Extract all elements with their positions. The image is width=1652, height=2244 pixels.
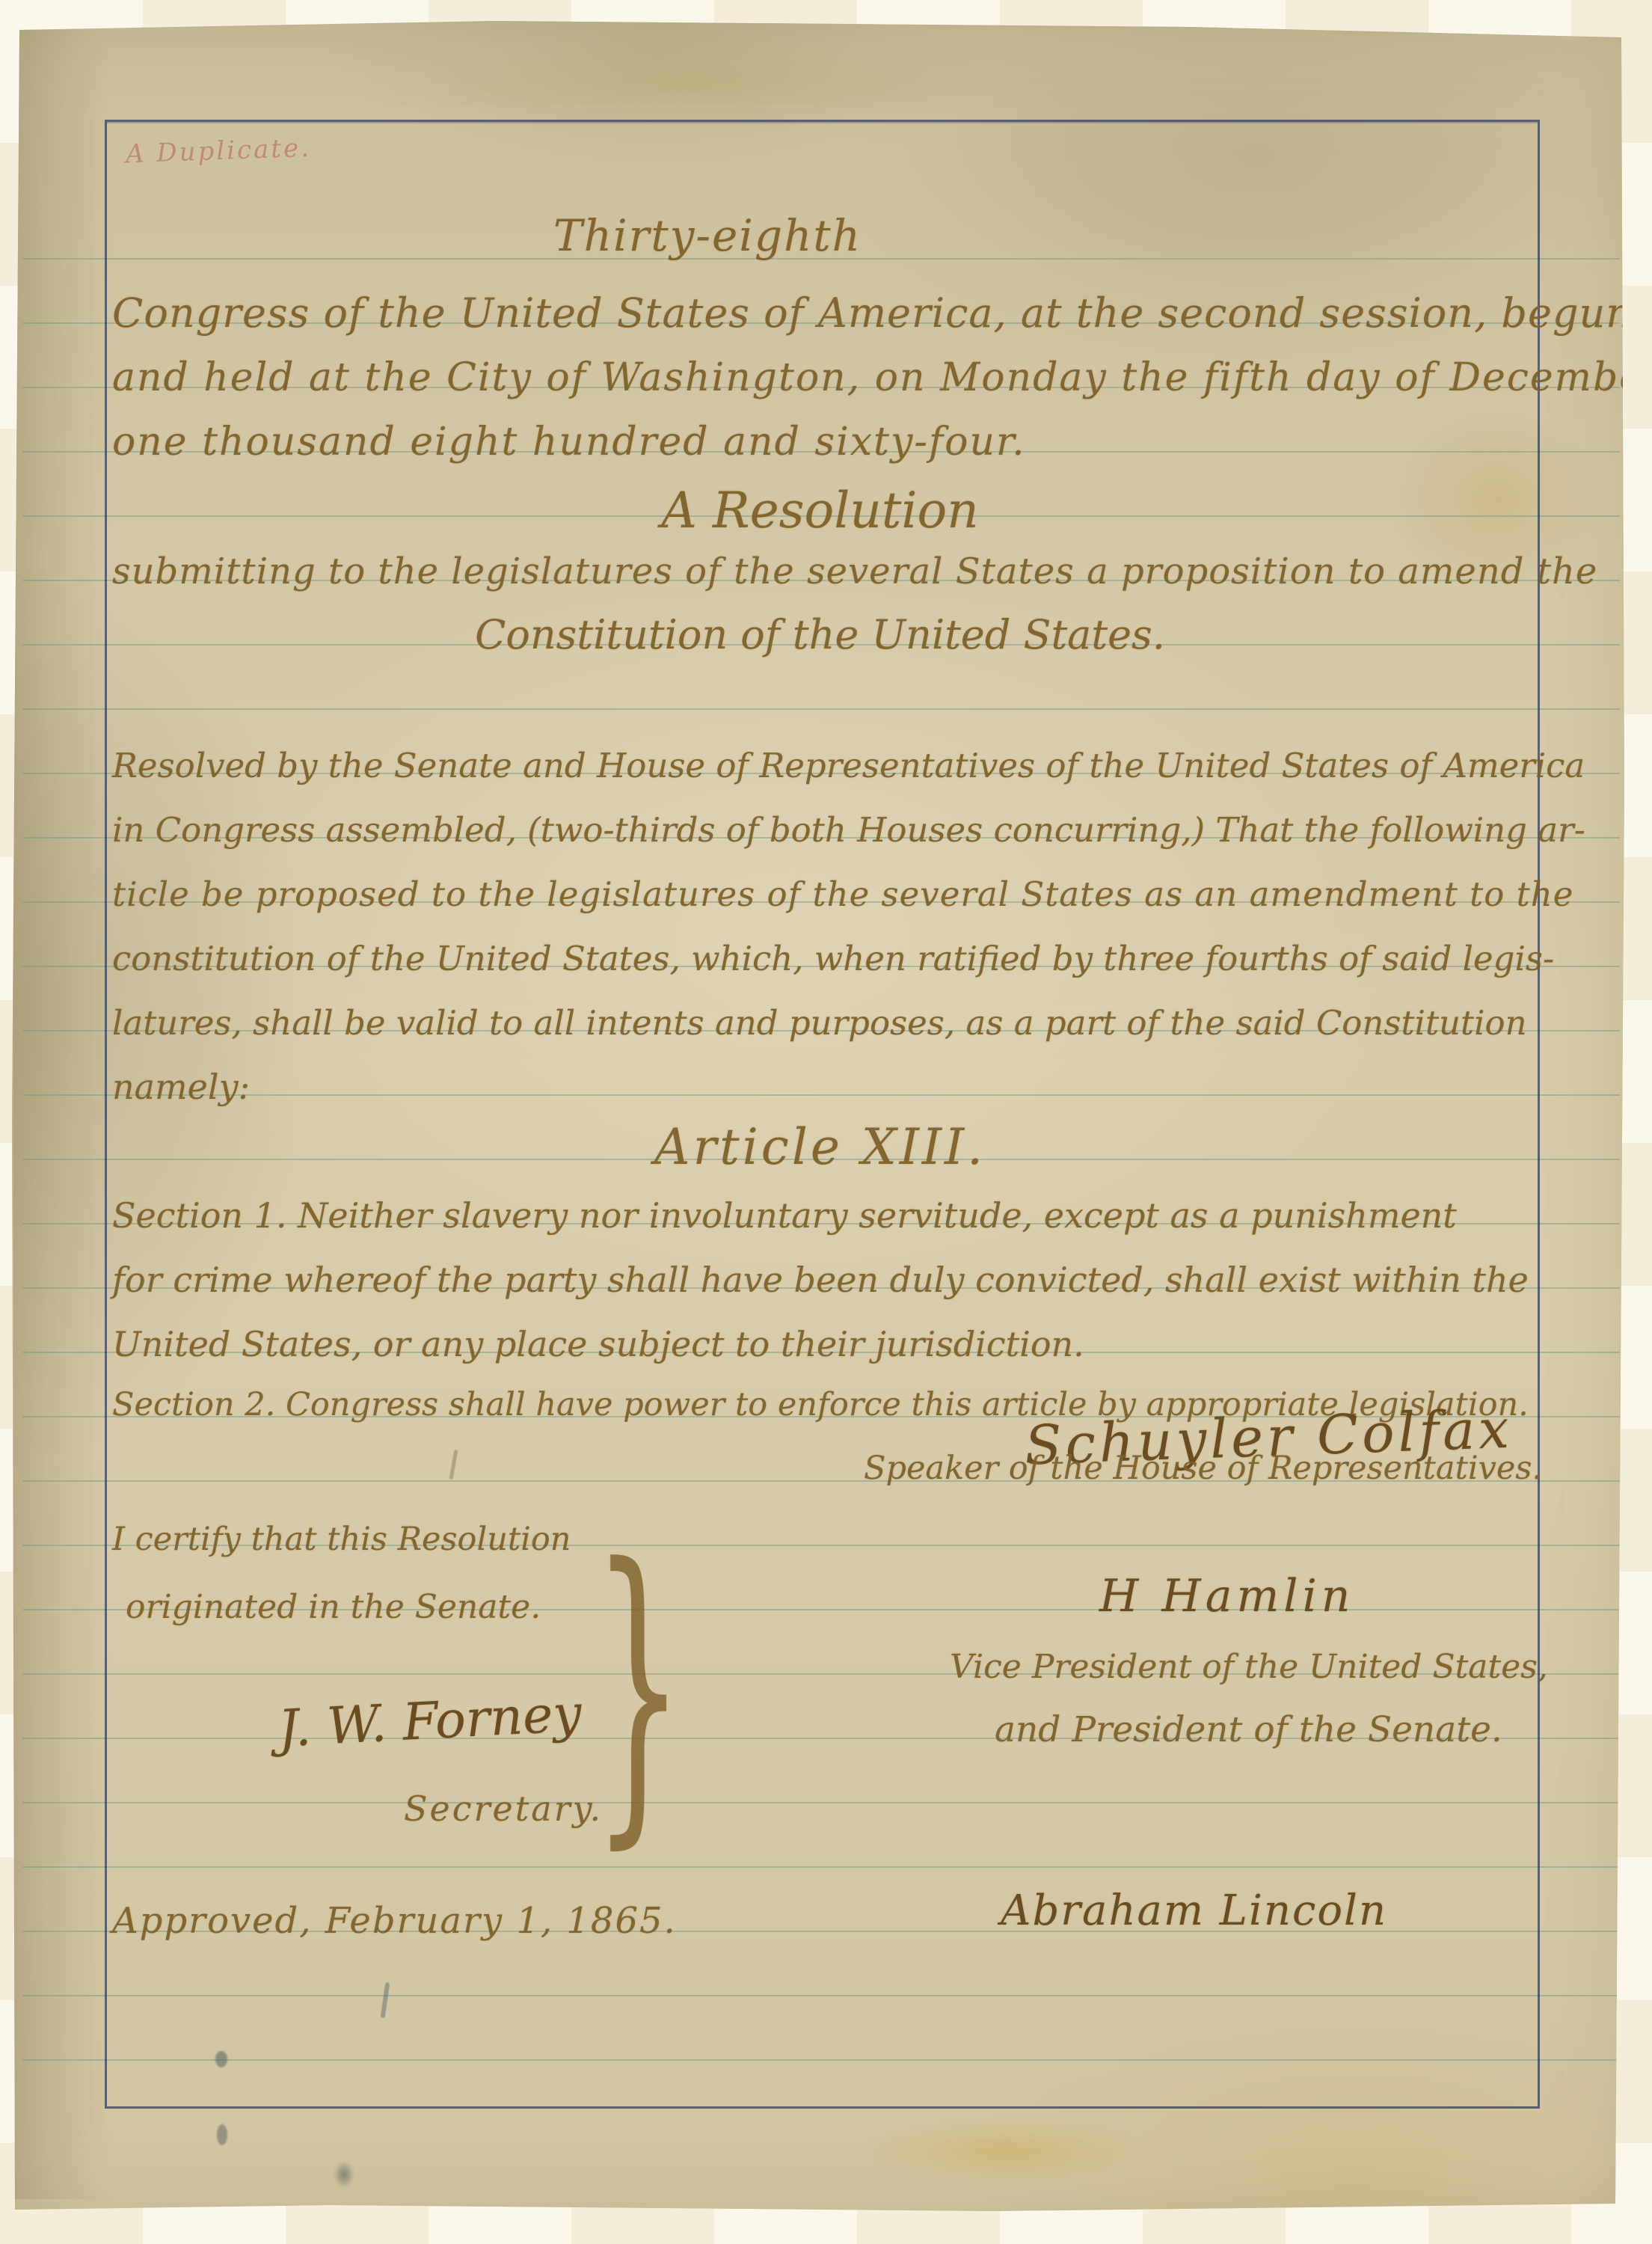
heading-line-2: and held at the City of Washington, on M… [112, 358, 1652, 397]
photo-backdrop: { "colors": { "parchment": "#d3c6a5", "i… [0, 0, 1652, 2244]
parchment-sheet: A Duplicate. Thirty-eighth Congress of t… [0, 0, 1652, 2244]
resolution-title: A Resolution [105, 486, 1535, 536]
enacting-line-3: ticle be proposed to the legislatures of… [112, 877, 1573, 911]
certification-line-1: I certify that this Resolution [112, 1524, 571, 1556]
section1-line-1: Section 1. Neither slavery nor involunta… [112, 1198, 1457, 1233]
enacting-line-4: constitution of the United States, which… [112, 942, 1554, 975]
approval-date: Approved, February 1, 1865. [112, 1903, 677, 1939]
heading-line-1: Congress of the United States of America… [112, 293, 1633, 334]
enacting-line-2: in Congress assembled, (two-thirds of bo… [112, 813, 1585, 847]
certification-line-2: originated in the Senate. [126, 1591, 541, 1624]
vice-president-title-line-2: and President of the Senate. [995, 1712, 1502, 1747]
secretary-signature: J. W. Forney [277, 1688, 583, 1755]
vice-president-signature: H Hamlin [1099, 1574, 1354, 1619]
heading-line-3: one thousand eight hundred and sixty-fou… [112, 423, 1026, 462]
enacting-line-6: namely: [112, 1070, 250, 1104]
resolution-object: Constitution of the United States. [105, 615, 1535, 655]
enacting-line-1: Resolved by the Senate and House of Repr… [112, 749, 1585, 782]
president-signature: Abraham Lincoln [1001, 1890, 1387, 1932]
enacting-line-5: latures, shall be valid to all intents a… [112, 1006, 1527, 1040]
certification-brace: } [592, 1527, 684, 1849]
article-title: Article XIII. [105, 1123, 1535, 1172]
section1-line-3: United States, or any place subject to t… [112, 1327, 1084, 1361]
resolution-line: submitting to the legislatures of the se… [112, 554, 1597, 589]
vice-president-title-line-1: Vice President of the United States, [950, 1651, 1548, 1684]
ink-border-frame [105, 120, 1540, 2109]
speaker-title: Speaker of the House of Representatives. [864, 1453, 1542, 1485]
section1-line-2: for crime whereof the party shall have b… [112, 1263, 1529, 1297]
secretary-title: Secretary. [404, 1791, 603, 1826]
congress-number: Thirty-eighth [553, 214, 862, 257]
